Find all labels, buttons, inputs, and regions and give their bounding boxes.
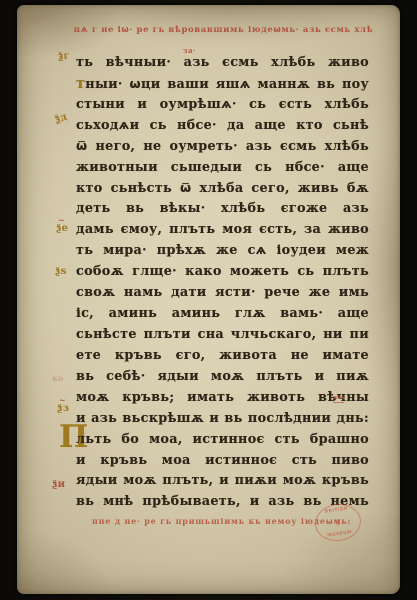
text-line: ядыи моѫ плъть, и пиѫи моѫ кръвь: [76, 471, 369, 492]
text-line: и азь вьскрѣшѫ и вь послѣднии днь:: [76, 409, 369, 430]
footer-rubric: пне д не· ре гь пришьшіимь кь немоу іюде…: [92, 516, 351, 526]
gold-initial: т: [76, 75, 85, 92]
text-line: іс, аминь аминь глѫ вамь· аще: [76, 304, 369, 325]
text-line: вь себѣ· ядыи моѫ плъть и пиѫ: [76, 367, 369, 388]
text-line: моѫ кръвь; имать животь вѣчны: [76, 388, 369, 409]
text-line: сьнѣсте плъти сна члчьскаго, ни пи: [76, 325, 369, 346]
text-line: кто сьнѣсть ѿ хлѣба сего, живь бѫ: [76, 179, 369, 200]
text-line: своѫ намь дати ясти· рече же имь: [76, 283, 369, 304]
text-line: сьходѧи сь нбсе· да аще кто сьнѣ: [76, 116, 369, 137]
margin-liturgical-mark: ко: [52, 373, 63, 383]
text-line: льть бо моа, истинноє сть брашно: [76, 430, 369, 451]
text-line: ѿ него, не оумреть· азь єсмь хлѣбь: [76, 137, 369, 158]
text-line: дамь ємоу, плъть моя єсть, за живо: [76, 220, 369, 241]
text-line: собоѫ глще· како можеть сь плъть: [76, 262, 369, 283]
text-line: тныи· ѡци ваши яшѧ маннѫ вь поу: [76, 74, 369, 95]
manuscript-photo: пѧ г не іѡ· ре гь вѣровавшимь іюдеѡмь· а…: [0, 0, 417, 600]
margin-section-number: ѯз: [57, 404, 69, 414]
text-column: ть вѣчныи· азь єсмь хлѣбь живо тныи· ѡци…: [76, 53, 369, 513]
margin-section-number: ѯѕ: [55, 267, 66, 277]
text-line: ете кръвь єго, живота не имате: [76, 346, 369, 367]
marginal-gloss: нла: [333, 395, 344, 403]
text-line: животныи сьшедыи сь нбсе· аще: [76, 158, 369, 179]
margin-section-number: ѯи: [52, 480, 65, 490]
text-line: деть вь вѣкы· хлѣбь єгоже азь: [76, 199, 369, 220]
text-line: ть мира· прѣхѫ же сѧ іоудеи меж: [76, 241, 369, 262]
text-line: и кръвь моа истинноє сть пиво: [76, 451, 369, 472]
margin-section-number: ѯд: [54, 112, 69, 125]
margin-section-number: ѯе: [56, 224, 68, 234]
stamp-text-bottom: MUSEUM: [318, 529, 362, 540]
crown-icon: ♛: [316, 516, 360, 528]
margin-section-number: ѯг: [58, 51, 71, 62]
parchment-page: пѧ г не іѡ· ре гь вѣровавшимь іюдеѡмь· а…: [17, 5, 400, 594]
header-rubric: пѧ г не іѡ· ре гь вѣровавшимь іюдеѡмь· а…: [57, 25, 390, 35]
text-line: стыни и оумрѣшѧ· сь єсть хлѣбь: [76, 95, 369, 116]
text-line: ть вѣчныи· азь єсмь хлѣбь живо: [76, 53, 369, 74]
text-line-rest: ныи· ѡци ваши яшѧ маннѫ вь поу: [85, 77, 369, 92]
